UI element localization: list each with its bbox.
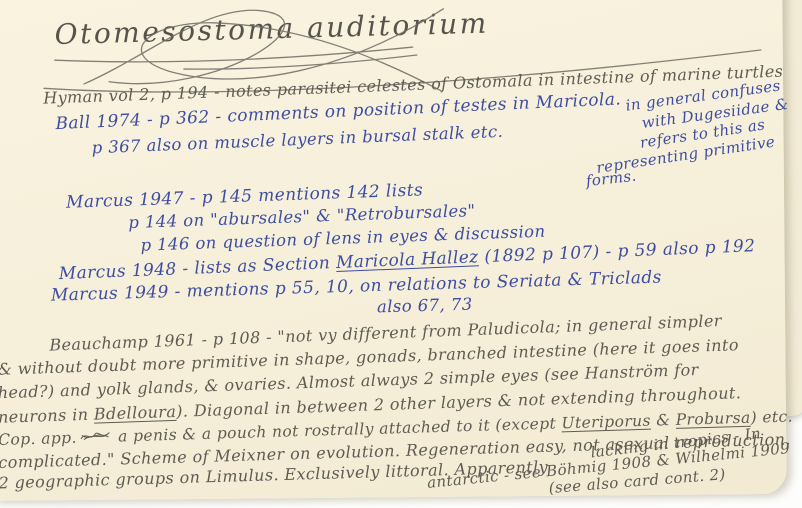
crossed-out-word bbox=[80, 429, 110, 443]
card-title: Otomesostoma auditorium bbox=[54, 9, 489, 50]
beauchamp-line-5-amp: & bbox=[651, 411, 676, 430]
maricola-hallez-underlined: Maricola Hallez bbox=[336, 247, 479, 273]
beauchamp-line-4-text: neurons in bbox=[0, 405, 94, 427]
bdelloura-underlined: Bdelloura bbox=[94, 402, 177, 424]
index-card: Otomesostoma auditorium Hyman vol 2, p 1… bbox=[0, 0, 787, 501]
margin-note-line: forms. bbox=[585, 169, 637, 190]
cop-app-label: Cop. app. bbox=[0, 429, 77, 449]
note-line-marcus-1949-also: also 67, 73 bbox=[377, 296, 473, 316]
uteriporus-underlined: Uteriporus bbox=[561, 412, 651, 433]
